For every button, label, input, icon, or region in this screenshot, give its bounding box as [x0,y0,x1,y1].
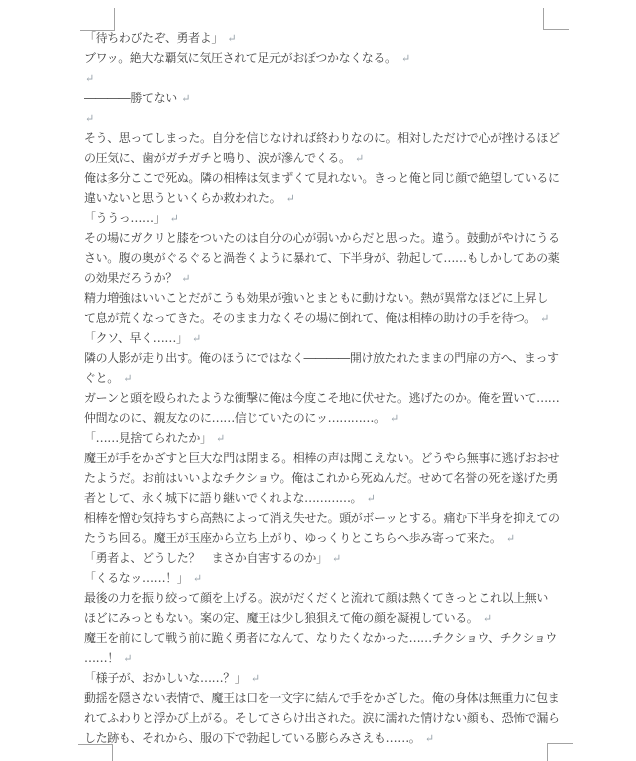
text-line: 「……見捨てられたか」 ↵ [84,428,559,448]
text-line-content: たうち回る。魔王が玉座から立ち上がり、ゆっくりとこちらへ歩み寄って来た。 [84,531,501,545]
text-line-content: そう、思ってしまった。自分を信じなければ終わりなのに。相対しただけで心が挫けるほ… [84,131,560,145]
document-page: 「待ちわびたぞ、勇者よ」 ↵ ブワッ。絶大な覇気に気圧されて足元がおぼつかなくな… [0,0,636,761]
paragraph-mark-icon: ↵ [367,492,376,505]
text-line-content: ぐと。 [84,371,119,385]
text-line: ↵ [84,108,559,128]
text-line: 違いないと思うといくらか救われた。 ↵ [84,188,559,208]
text-line-content: の圧気に、歯がガチガチと鳴り、涙が滲んでくる。 [84,151,351,165]
paragraph-mark-icon: ↵ [425,732,434,745]
paragraph-mark-icon: ↵ [506,532,515,545]
text-line: ぐと。 ↵ [84,368,559,388]
text-line-content: ……！ [84,651,119,665]
text-line: 俺は多分ここで死ぬ。隣の相棒は気まずくて見れない。きっと俺と同じ顔で絶望している… [84,168,559,188]
paragraph-mark-icon: ↵ [355,152,364,165]
text-line: 「様子が、おかしいな……？」 ↵ [84,668,559,688]
text-line: そう、思ってしまった。自分を信じなければ終わりなのに。相対しただけで心が挫けるほ… [84,128,559,148]
text-line-content: 違いないと思うといくらか救われた。 [84,191,281,205]
text-line-content: 者として、永く城下に語り継いでくれよな…………。 [84,491,362,505]
paragraph-mark-icon: ↵ [85,112,94,125]
text-line-content: 魔王を前にして戦う前に跪く勇者になんて、なりたくなかった……チクショウ、チクショ… [84,631,557,645]
text-line-content: の効果だろうか？ [84,271,177,285]
text-line-content: 隣の人影が走り出す。俺のほうにではなく――――開け放たれたままの門扉の方へ、まっ… [84,351,559,365]
text-line-content: 「クソ、早く……」 [84,331,188,345]
text-line-content: ――――勝てない [84,91,177,105]
paragraph-mark-icon: ↵ [332,552,341,565]
paragraph-mark-icon: ↵ [401,52,410,65]
text-line-content: 「勇者よ、どうした？ まさか自害するのか」 [84,551,328,565]
text-line-content: たようだ。お前はいいよなチクショウ。俺はこれから死ぬんだ。せめて名誉の死を遂げた… [84,471,558,485]
document-text-area[interactable]: 「待ちわびたぞ、勇者よ」 ↵ ブワッ。絶大な覇気に気圧されて足元がおぼつかなくな… [84,28,559,748]
text-line: ガーンと頭を殴られたような衝撃に俺は今度こそ地に伏せた。逃げたのか。俺を置いて…… [84,388,559,408]
paragraph-mark-icon: ↵ [483,612,492,625]
text-line: の効果だろうか？ ↵ [84,268,559,288]
text-line-content: て息が荒くなってきた。そのまま力なくその場に倒れて、俺は相棒の助けの手を待つ。 [84,311,536,325]
text-line-content: 「待ちわびたぞ、勇者よ」 [84,31,223,45]
text-line: ――――勝てない ↵ [84,88,559,108]
text-line: 「待ちわびたぞ、勇者よ」 ↵ [84,28,559,48]
text-line: 「ううっ……」 ↵ [84,208,559,228]
text-line-content: 動揺を隠さない表情で、魔王は口を一文字に結んで手をかざした。俺の身体は無重力に包… [84,691,559,705]
text-line: 「くるなッ……！」 ↵ [84,568,559,588]
text-line-content: 魔王が手をかざすと巨大な門は閉まる。相棒の声は聞こえない。どうやら無事に逃げおお… [84,451,559,465]
text-line-content: 最後の力を振り絞って顔を上げる。涙がだくだくと流れて顔は熱くてきっとこれ以上無い [84,591,548,605]
text-line-content: ほどにみっともない。案の定、魔王は少し狼狽えて俺の顔を凝視している。 [84,611,478,625]
paragraph-mark-icon: ↵ [181,92,190,105]
paragraph-mark-icon: ↵ [540,312,549,325]
text-line-content: した跡も、それから、服の下で勃起している膨らみさえも……。 [84,731,420,745]
text-line: 者として、永く城下に語り継いでくれよな…………。 ↵ [84,488,559,508]
text-line: 魔王が手をかざすと巨大な門は閉まる。相棒の声は聞こえない。どうやら無事に逃げおお… [84,448,559,468]
text-line-content: さい。腹の奥がぐるぐると渦巻くように暴れて、下半身が、勃起して……もしかしてあの… [84,251,559,265]
text-line: 隣の人影が走り出す。俺のほうにではなく――――開け放たれたままの門扉の方へ、まっ… [84,348,559,368]
text-line: ……！ ↵ [84,648,559,668]
text-line-content: 「様子が、おかしいな……？」 [84,671,246,685]
crop-mark-top-right-icon [543,8,569,30]
text-line-content: ブワッ。絶大な覇気に気圧されて足元がおぼつかなくなる。 [84,51,397,65]
text-line: の圧気に、歯がガチガチと鳴り、涙が滲んでくる。 ↵ [84,148,559,168]
paragraph-mark-icon: ↵ [85,72,94,85]
text-line: れてふわりと浮かび上がる。そしてさらけ出された。涙に濡れた情けない顔も、恐怖で漏… [84,708,559,728]
text-line-content: その場にガクリと膝をついたのは自分の心が弱いからだと思った。違う。鼓動がやけにう… [84,231,560,245]
text-line-content: ガーンと頭を殴られたような衝撃に俺は今度こそ地に伏せた。逃げたのか。俺を置いて…… [84,391,559,405]
text-line-content: 「ううっ……」 [84,211,165,225]
text-line: 「勇者よ、どうした？ まさか自害するのか」 ↵ [84,548,559,568]
text-line: 精力増強はいいことだがこうも効果が強いとまともに動けない。熱が異常なほどに上昇し [84,288,559,308]
text-line: 相棒を憎む気持ちすら高熱によって消え失せた。頭がボーッとする。痛む下半身を抑えて… [84,508,559,528]
text-line: その場にガクリと膝をついたのは自分の心が弱いからだと思った。違う。鼓動がやけにう… [84,228,559,248]
text-line-content: れてふわりと浮かび上がる。そしてさらけ出された。涙に濡れた情けない顔も、恐怖で漏… [84,711,560,725]
text-line-content: 俺は多分ここで死ぬ。隣の相棒は気まずくて見れない。きっと俺と同じ顔で絶望している… [84,171,560,185]
text-line: ほどにみっともない。案の定、魔王は少し狼狽えて俺の顔を凝視している。 ↵ [84,608,559,628]
text-line: て息が荒くなってきた。そのまま力なくその場に倒れて、俺は相棒の助けの手を待つ。 … [84,308,559,328]
paragraph-mark-icon: ↵ [123,372,132,385]
text-line: 「クソ、早く……」 ↵ [84,328,559,348]
text-line: たようだ。お前はいいよなチクショウ。俺はこれから死ぬんだ。せめて名誉の死を遂げた… [84,468,559,488]
paragraph-mark-icon: ↵ [227,32,236,45]
text-line: ブワッ。絶大な覇気に気圧されて足元がおぼつかなくなる。 ↵ [84,48,559,68]
paragraph-mark-icon: ↵ [193,572,202,585]
text-line: たうち回る。魔王が玉座から立ち上がり、ゆっくりとこちらへ歩み寄って来た。 ↵ [84,528,559,548]
text-line-content: 「くるなッ……！」 [84,571,188,585]
text-line: さい。腹の奥がぐるぐると渦巻くように暴れて、下半身が、勃起して……もしかしてあの… [84,248,559,268]
text-line: 魔王を前にして戦う前に跪く勇者になんて、なりたくなかった……チクショウ、チクショ… [84,628,559,648]
text-line: 仲間なのに、親友なのに……信じていたのにッ…………。 ↵ [84,408,559,428]
paragraph-mark-icon: ↵ [170,212,179,225]
text-line-content: 「……見捨てられたか」 [84,431,212,445]
text-line-content: 仲間なのに、親友なのに……信じていたのにッ…………。 [84,411,386,425]
text-line-content: 精力増強はいいことだがこうも効果が強いとまともに動けない。熱が異常なほどに上昇し [84,291,548,305]
paragraph-mark-icon: ↵ [390,412,399,425]
text-line: した跡も、それから、服の下で勃起している膨らみさえも……。 ↵ [84,728,559,748]
text-line: 最後の力を振り絞って顔を上げる。涙がだくだくと流れて顔は熱くてきっとこれ以上無い [84,588,559,608]
paragraph-mark-icon: ↵ [286,192,295,205]
paragraph-mark-icon: ↵ [216,432,225,445]
text-line: 動揺を隠さない表情で、魔王は口を一文字に結んで手をかざした。俺の身体は無重力に包… [84,688,559,708]
paragraph-mark-icon: ↵ [192,332,201,345]
paragraph-mark-icon: ↵ [181,272,190,285]
paragraph-mark-icon: ↵ [123,652,132,665]
paragraph-mark-icon: ↵ [251,672,260,685]
text-line-content: 相棒を憎む気持ちすら高熱によって消え失せた。頭がボーッとする。痛む下半身を抑えて… [84,511,560,525]
text-line: ↵ [84,68,559,88]
